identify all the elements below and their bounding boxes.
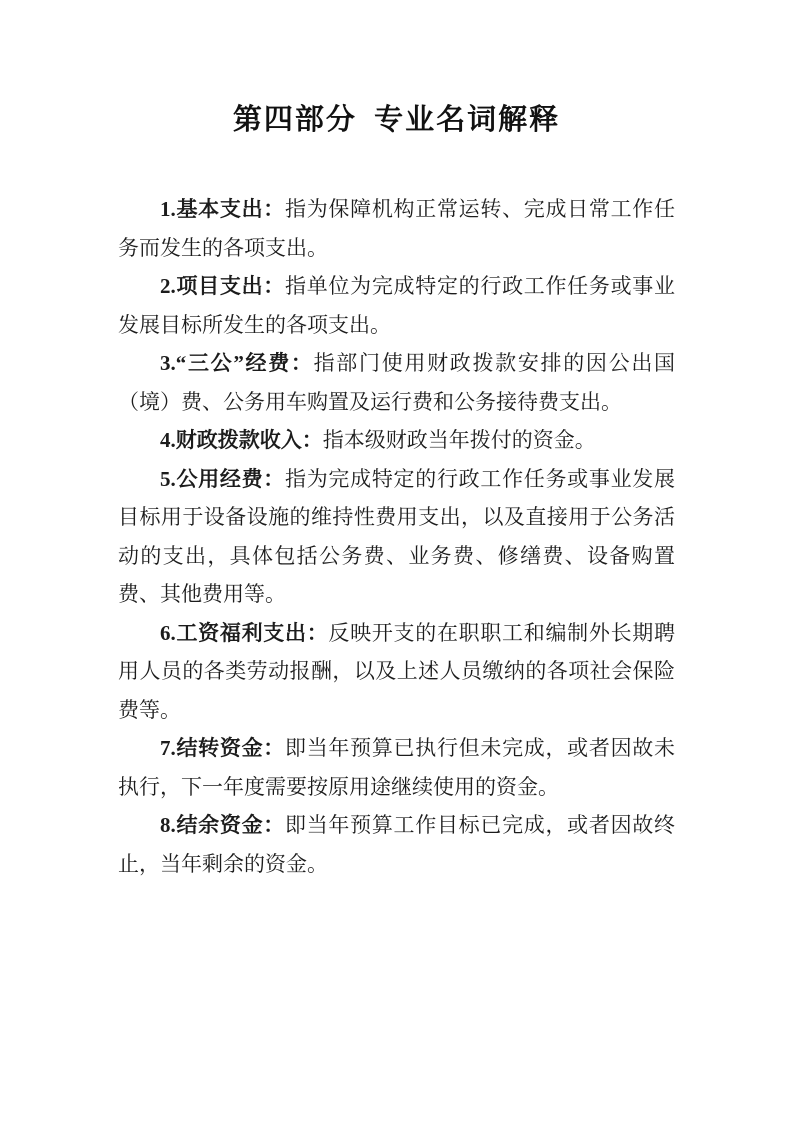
term-paragraph: 3.“三公”经费：指部门使用财政拨款安排的因公出国（境）费、公务用车购置及运行费…	[118, 344, 675, 421]
term-paragraph: 7.结转资金：即当年预算已执行但未完成，或者因故未执行，下一年度需要按原用途继续…	[118, 729, 675, 806]
term-label: 7.结转资金：	[160, 736, 285, 760]
term-label: 5.公用经费：	[160, 467, 285, 491]
terms-list: 1.基本支出：指为保障机构正常运转、完成日常工作任务而发生的各项支出。2.项目支…	[118, 190, 675, 883]
term-paragraph: 4.财政拨款收入：指本级财政当年拨付的资金。	[118, 421, 675, 460]
term-paragraph: 2.项目支出：指单位为完成特定的行政工作任务或事业发展目标所发生的各项支出。	[118, 267, 675, 344]
term-label: 3.“三公”经费：	[160, 351, 314, 375]
term-label: 8.结余资金：	[160, 813, 285, 837]
term-paragraph: 5.公用经费：指为完成特定的行政工作任务或事业发展目标用于设备设施的维持性费用支…	[118, 460, 675, 614]
term-paragraph: 6.工资福利支出：反映开支的在职职工和编制外长期聘用人员的各类劳动报酬，以及上述…	[118, 614, 675, 730]
page-title: 第四部分 专业名词解释	[0, 0, 793, 140]
term-paragraph: 1.基本支出：指为保障机构正常运转、完成日常工作任务而发生的各项支出。	[118, 190, 675, 267]
term-definition: 指本级财政当年拨付的资金。	[323, 428, 596, 452]
term-label: 6.工资福利支出：	[160, 621, 328, 645]
term-paragraph: 8.结余资金：即当年预算工作目标已完成，或者因故终止，当年剩余的资金。	[118, 806, 675, 883]
term-label: 4.财政拨款收入：	[160, 428, 323, 452]
document-page: 第四部分 专业名词解释 1.基本支出：指为保障机构正常运转、完成日常工作任务而发…	[0, 0, 793, 1122]
term-label: 2.项目支出：	[160, 274, 285, 298]
term-label: 1.基本支出：	[160, 197, 285, 221]
